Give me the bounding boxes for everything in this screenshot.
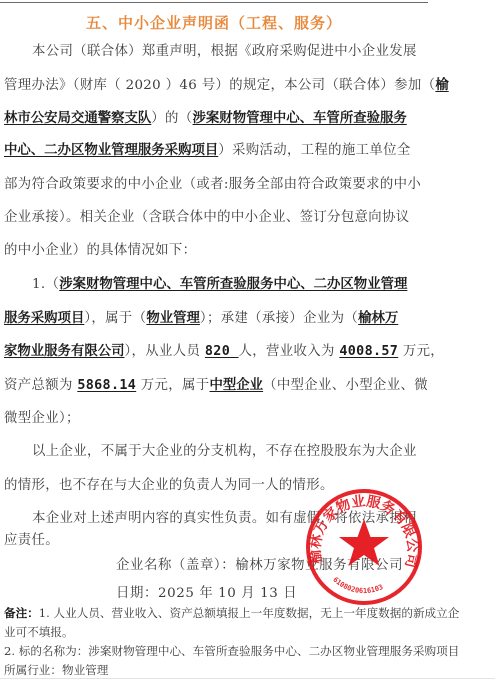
paragraph-1-line-3: 林市公安局交通警察支队）的（涉案财物管理中心、车管所查验服务 <box>4 110 426 128</box>
text: 管理办法》（财库（ 2020 ）46 号）的规定，本公司（联合体）参加（ <box>4 78 435 93</box>
company-name: 榆林万 <box>358 311 398 326</box>
paragraph-2-line-1: 以上企业，不属于大企业的分支机构，不存在控股股东为大企业 <box>32 443 426 461</box>
top-rule <box>0 2 428 3</box>
star-icon <box>339 519 389 566</box>
bottom-rule <box>0 678 495 679</box>
company-name: 家物业服务有限公司 <box>4 344 125 359</box>
text: ），属于（ <box>84 311 146 326</box>
page-title: 五、中小企业声明函（工程、服务） <box>0 12 428 33</box>
note-2-line-1: 2. 标的名称为：涉案财物管理中心、车管所查验服务中心、二办区物业管理服务采购项… <box>4 643 459 659</box>
company-label: 企业名称（盖章）： <box>116 558 235 573</box>
item-1-line-5: 微型企业）； <box>4 410 426 428</box>
text: ）采购活动，工程的施工单位全 <box>218 143 410 158</box>
note-1-line-2: 业可不填报。 <box>4 624 74 640</box>
enterprise-type: 中型企业 <box>210 378 264 393</box>
item-1-line-3: 家物业服务有限公司），从业人员 820 人，营业收入为 4008.57 万元， <box>4 343 426 361</box>
paragraph-1-line-6: 企业承接）。相关企业（含联合体中的中小企业、签订分包意向协议 <box>4 209 426 227</box>
note-label: 备注： <box>4 606 39 620</box>
text: 资产总额为 <box>4 378 77 393</box>
item-1-line-2: 服务采购项目），属于（物业管理）；承建（承接）企业为（榆林万 <box>4 310 426 328</box>
text: ）的（ <box>151 111 192 126</box>
item-number: 1.（ <box>32 277 59 292</box>
item-1-line-1: 1.（涉案财物管理中心、车管所查验服务中心、二办区物业管理 <box>32 276 426 294</box>
paragraph-1-line-7: 的中小企业）的具体情况如下： <box>4 242 426 260</box>
signature-date: 日期：2025 年 10 月 13 日 <box>116 585 297 603</box>
project-name: 服务采购项目 <box>4 311 84 326</box>
text: ），从业人员 <box>125 344 205 359</box>
note-text: 1. 人业人员、营业收入、资产总额填报上一年度数据，无上一年度数据的新成立企 <box>39 606 460 620</box>
text: （中型企业、小型企业、微 <box>263 378 428 393</box>
seal-code: 6108020616103 <box>331 576 384 596</box>
document-page: 五、中小企业声明函（工程、服务） 本公司（联合体）郑重声明，根据《政府采购促进中… <box>0 0 495 682</box>
paragraph-1-line-4: 中心、二办区物业管理服务采购项目）采购活动，工程的施工单位全 <box>4 142 426 160</box>
text: 人，营业收入为 <box>239 344 340 359</box>
industry: 物业管理 <box>146 311 200 326</box>
text: ）；承建（承接）企业为（ <box>200 311 358 326</box>
purchaser-name: 林市公安局交通警察支队 <box>4 111 151 126</box>
project-name: 涉案财物管理中心、车管所查验服务中心、二办区物业管理 <box>59 277 407 292</box>
project-name: 中心、二办区物业管理服务采购项目 <box>4 143 218 158</box>
paragraph-1-line-2: 管理办法》（财库（ 2020 ）46 号）的规定，本公司（联合体）参加（榆 <box>4 77 426 95</box>
note-1-line-1: 备注：1. 人业人员、营业收入、资产总额填报上一年度数据，无上一年度数据的新成立… <box>4 605 459 621</box>
revenue-value: 4008.57 <box>339 344 398 359</box>
employee-count: 820 <box>205 344 239 359</box>
paragraph-1-line-1: 本公司（联合体）郑重声明，根据《政府采购促进中小企业发展 <box>32 43 426 61</box>
paragraph-1-line-5: 部为符合政策要求的中小企业（或者:服务全部由符合政策要求的中小 <box>4 176 426 194</box>
text: 万元，属于 <box>136 378 209 393</box>
item-1-line-4: 资产总额为 5868.14 万元，属于中型企业（中型企业、小型企业、微 <box>4 377 426 395</box>
date-value: 2025 年 10 月 13 日 <box>158 586 297 601</box>
project-name: 涉案财物管理中心、车管所查验服务 <box>193 111 407 126</box>
assets-value: 5868.14 <box>77 378 136 393</box>
note-2-line-2: 所属行业：物业管理 <box>4 662 108 678</box>
date-label: 日期： <box>116 586 158 601</box>
text: 万元， <box>398 344 444 359</box>
company-seal-stamp: 榆林万家物业服务有限公司 6108020616103 <box>302 485 426 609</box>
purchaser-name: 榆 <box>435 78 448 93</box>
